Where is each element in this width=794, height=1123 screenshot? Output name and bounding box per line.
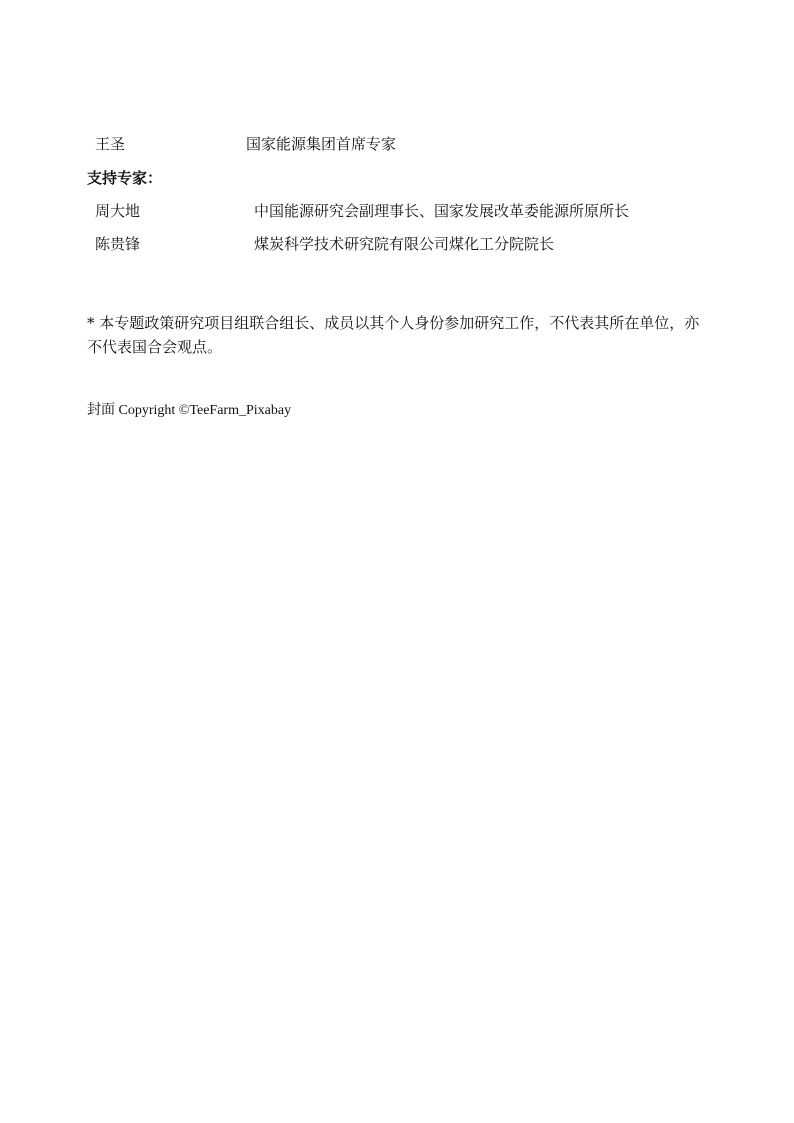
support-expert-title: 煤炭科学技术研究院有限公司煤化工分院院长 <box>254 234 554 254</box>
expert-name: 王圣 <box>95 134 125 154</box>
disclaimer-note: * 本专题政策研究项目组联合组长、成员以其个人身份参加研究工作，不代表其所在单位… <box>87 311 707 359</box>
expert-title: 国家能源集团首席专家 <box>246 134 396 154</box>
document-page: 王圣 国家能源集团首席专家 支持专家： 周大地 中国能源研究会副理事长、国家发展… <box>0 0 794 1123</box>
support-expert-name: 陈贵锋 <box>95 234 140 254</box>
support-experts-heading: 支持专家： <box>87 168 162 188</box>
cover-credit: 封面 Copyright ©TeeFarm_Pixabay <box>87 401 291 421</box>
support-expert-name: 周大地 <box>95 201 140 221</box>
support-expert-title: 中国能源研究会副理事长、国家发展改革委能源所原所长 <box>254 201 629 221</box>
